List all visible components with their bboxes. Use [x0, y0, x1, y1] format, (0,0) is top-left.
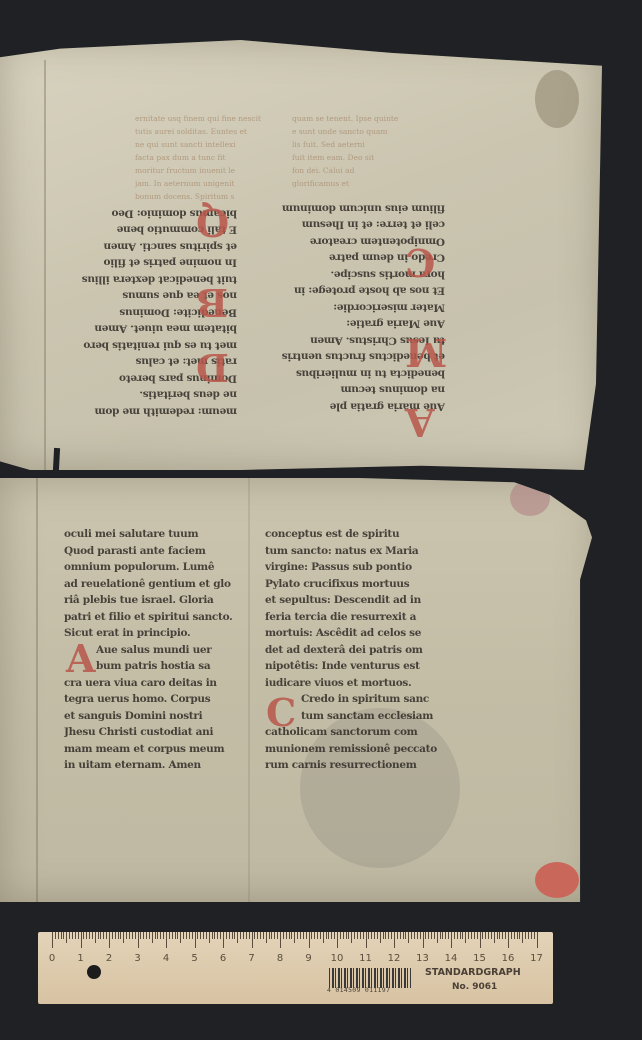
ruler-tick [115, 932, 116, 939]
ruler-tick [377, 932, 378, 939]
ruler-tick [394, 932, 395, 948]
ruler-tick [83, 932, 84, 939]
text-line: det ad dexterâ dei patris om [265, 642, 440, 659]
fold-line [44, 60, 46, 470]
ruler-tick [226, 932, 227, 939]
ruler-tick [360, 932, 361, 939]
ruler-tick [98, 932, 99, 939]
ruler-label: 6 [220, 953, 226, 964]
ruler-tick [514, 932, 515, 939]
ruler-tick [75, 932, 76, 939]
ruler-tick [223, 932, 224, 948]
ruler-tick [306, 932, 307, 939]
red-initial: C [266, 690, 296, 735]
ruler-tick [485, 932, 486, 939]
ruler-tick [400, 932, 401, 939]
ruler-tick [525, 932, 526, 939]
ruler-label: 5 [191, 953, 197, 964]
ruler-tick [374, 932, 375, 939]
ruler-tick [277, 932, 278, 939]
red-initial: C [405, 240, 435, 285]
ruler-tick [448, 932, 449, 939]
ruler-tick [357, 932, 358, 939]
ruler-tick [243, 932, 244, 939]
ruler-tick [217, 932, 218, 939]
ruler-tick [508, 932, 509, 948]
red-initial: D [196, 345, 229, 390]
ruler-tick [346, 932, 347, 939]
red-wax-seal-remnant [535, 862, 579, 898]
ruler-tick [454, 932, 455, 939]
ruler-tick [52, 932, 53, 948]
ruler-tick [411, 932, 412, 939]
show-through-text: quam se tenent. Ipse quintee sunt unde s… [292, 112, 432, 190]
ruler-tick [462, 932, 463, 939]
ruler-tick [257, 932, 258, 939]
ruler-tick [445, 932, 446, 939]
ruler-label: 11 [359, 953, 372, 964]
text-line: patri et filio et spiritui sancto. [64, 609, 239, 626]
red-initial: A [405, 400, 434, 445]
ruler-tick [66, 932, 67, 943]
ruler-tick [169, 932, 170, 939]
ruler-tick [246, 932, 247, 939]
ruler-tick [78, 932, 79, 939]
text-line: Mater misericordie: [270, 299, 445, 316]
ruler-label: 9 [305, 953, 311, 964]
ruler-tick [152, 932, 153, 943]
ruler-tick [72, 932, 73, 939]
ruler-tick [271, 932, 272, 939]
ruler-tick [286, 932, 287, 939]
ruler-label: 2 [106, 953, 112, 964]
ruler-tick [468, 932, 469, 939]
ruler-tick [229, 932, 230, 939]
show-through-text: ernitate usq finem qui fine nescittutis … [135, 112, 270, 203]
text-line: omnium populorum. Lumê [64, 559, 239, 576]
ruler-tick [391, 932, 392, 939]
ruler-tick [354, 932, 355, 939]
ruler-tick [263, 932, 264, 939]
ruler-tick [81, 932, 82, 948]
ruler-tick [317, 932, 318, 939]
ruler-tick [323, 932, 324, 943]
ruler-tick [220, 932, 221, 939]
fold-line [248, 478, 250, 902]
right-column-text: conceptus est de spiritu tum sancto: nat… [265, 526, 440, 774]
text-line: mortuis: Ascêdit ad celos se [265, 625, 440, 642]
ruler-tick [320, 932, 321, 939]
ruler-tick [451, 932, 452, 948]
text-line: iudicare viuos et mortuos. [265, 675, 440, 692]
ruler-tick [343, 932, 344, 939]
ruler-tick [249, 932, 250, 939]
red-initial: A [66, 636, 95, 681]
ruler-tick [212, 932, 213, 939]
ruler-tick [491, 932, 492, 939]
ruler-tick [425, 932, 426, 939]
ruler-tick [528, 932, 529, 939]
ruler-label: 17 [530, 953, 543, 964]
ruler-label: 0 [49, 953, 55, 964]
ruler-tick [494, 932, 495, 943]
ruler-tick [95, 932, 96, 943]
red-initial: M [405, 330, 447, 375]
ruler-tick [209, 932, 210, 943]
ruler-label: 13 [416, 953, 429, 964]
ruler-tick [183, 932, 184, 939]
ruler-tick [155, 932, 156, 939]
ruler-tick [197, 932, 198, 939]
bottom-fragment: oculi mei salutare tuum Quod parasti ant… [0, 478, 598, 902]
ruler-label: 7 [248, 953, 254, 964]
ruler-tick [103, 932, 104, 939]
ruler-tick [383, 932, 384, 939]
ruler-tick [482, 932, 483, 939]
ruler-tick [291, 932, 292, 939]
ruler-tick [240, 932, 241, 939]
ruler-tick [140, 932, 141, 939]
ruler-label: 14 [445, 953, 458, 964]
text-line: rum carnis resurrectionem [265, 757, 440, 774]
ruler-brand: STANDARDGRAPH [425, 967, 521, 978]
ruler-tick [363, 932, 364, 939]
ruler-tick [474, 932, 475, 939]
ruler-hole [87, 965, 101, 979]
stain [535, 70, 579, 128]
ruler-tick [488, 932, 489, 939]
red-initial: Q [196, 200, 229, 245]
ruler-tick [340, 932, 341, 939]
ruler-tick [232, 932, 233, 939]
ruler-tick [69, 932, 70, 939]
ruler-tick [266, 932, 267, 943]
barcode-number: 4 014509 011197 [327, 986, 390, 994]
ruler-tick [294, 932, 295, 943]
text-line: et sanguis Domini nostri [64, 708, 239, 725]
ruler-tick [63, 932, 64, 939]
ruler-tick [537, 932, 538, 948]
ruler-tick [135, 932, 136, 939]
ruler-tick [289, 932, 290, 939]
ruler-tick [480, 932, 481, 948]
text-line: mam meam et corpus meum [64, 741, 239, 758]
text-line: oculi mei salutare tuum [64, 526, 239, 543]
ruler-tick [368, 932, 369, 939]
ruler-tick [328, 932, 329, 939]
ruler-tick [100, 932, 101, 939]
ruler-tick [408, 932, 409, 943]
ruler-tick [331, 932, 332, 939]
text-line: et sepultus: Descendit ad in [265, 592, 440, 609]
ruler-tick [58, 932, 59, 939]
text-line: feria tercia die resurrexit a [265, 609, 440, 626]
ruler-tick [534, 932, 535, 939]
ruler-tick [157, 932, 158, 939]
ruler-tick [460, 932, 461, 939]
ruler-tick [522, 932, 523, 943]
top-fragment: ernitate usq finem qui fine nescittutis … [0, 40, 602, 470]
measuring-ruler: 01234567891011121314151617 4 014509 0111… [38, 932, 553, 1004]
text-line: Pylato crucifixus mortuus [265, 576, 440, 593]
text-line: conceptus est de spiritu [265, 526, 440, 543]
ruler-tick [465, 932, 466, 943]
ruler-tick [505, 932, 506, 939]
ruler-tick [274, 932, 275, 939]
ruler-tick [92, 932, 93, 939]
ruler-tick [420, 932, 421, 939]
ruler-tick [497, 932, 498, 939]
text-line: Jhesu Christi custodiat ani [64, 724, 239, 741]
ruler-scale: 01234567891011121314151617 [52, 932, 537, 954]
ruler-label: 12 [388, 953, 401, 964]
ruler-tick [112, 932, 113, 939]
text-line: tum sancto: natus ex Maria [265, 543, 440, 560]
ruler-tick [89, 932, 90, 939]
ruler-tick [371, 932, 372, 939]
ruler-tick [189, 932, 190, 939]
text-line: filium eius unicum dominum [270, 200, 445, 217]
ruler-tick [417, 932, 418, 939]
ruler-tick [160, 932, 161, 939]
ruler-tick [175, 932, 176, 939]
ruler-label: 16 [502, 953, 515, 964]
text-line: munionem remissionê peccato [265, 741, 440, 758]
ruler-label: 3 [134, 953, 140, 964]
ruler-tick [195, 932, 196, 948]
ruler-tick [440, 932, 441, 939]
text-line: ad reuelationê gentium et glo [64, 576, 239, 593]
ruler-tick [477, 932, 478, 939]
ruler-tick [206, 932, 207, 939]
ruler-tick [172, 932, 173, 939]
ruler-tick [517, 932, 518, 939]
text-line: tegra uerus homo. Corpus [64, 691, 239, 708]
text-line: riâ plebis tue israel. Gloria [64, 592, 239, 609]
ruler-tick [106, 932, 107, 939]
ruler-tick [129, 932, 130, 939]
ruler-label: 1 [77, 953, 83, 964]
ruler-tick [326, 932, 327, 939]
ruler-tick [118, 932, 119, 939]
ruler-tick [334, 932, 335, 939]
ruler-tick [166, 932, 167, 948]
fold-line [36, 478, 38, 902]
ruler-tick [423, 932, 424, 948]
text-line: in uitam eternam. Amen [64, 757, 239, 774]
ruler-tick [61, 932, 62, 939]
ruler-tick [351, 932, 352, 943]
ruler-tick [531, 932, 532, 939]
ruler-tick [180, 932, 181, 943]
ruler-tick [388, 932, 389, 939]
ruler-tick [109, 932, 110, 948]
text-line: virgine: Passus sub pontio [265, 559, 440, 576]
ruler-tick [499, 932, 500, 939]
ruler-tick [297, 932, 298, 939]
ruler-model: No. 9061 [452, 982, 497, 992]
ruler-tick [502, 932, 503, 939]
ruler-tick [260, 932, 261, 939]
text-line: meum: redemith me dom [62, 403, 237, 420]
ruler-tick [434, 932, 435, 939]
ruler-tick [146, 932, 147, 939]
ruler-tick [163, 932, 164, 939]
ruler-tick [428, 932, 429, 939]
ruler-tick [203, 932, 204, 939]
text-line: Quod parasti ante faciem [64, 543, 239, 560]
ruler-label: 15 [473, 953, 486, 964]
ruler-tick [177, 932, 178, 939]
ruler-tick [431, 932, 432, 939]
ruler-tick [86, 932, 87, 939]
ruler-tick [437, 932, 438, 943]
ruler-tick [186, 932, 187, 939]
ruler-tick [280, 932, 281, 948]
ruler-tick [471, 932, 472, 939]
ruler-tick [348, 932, 349, 939]
ruler-tick [303, 932, 304, 939]
ruler-label: 4 [163, 953, 169, 964]
ruler-tick [403, 932, 404, 939]
ruler-tick [123, 932, 124, 943]
ruler-tick [309, 932, 310, 948]
ruler-tick [311, 932, 312, 939]
text-line: celi et terre: et in Ihesum [270, 217, 445, 234]
text-line: In nomine patris et filio [62, 255, 237, 272]
ruler-tick [519, 932, 520, 939]
right-column-text: Aue maria gratia ple na dominus tecum be… [270, 200, 445, 415]
ruler-tick [385, 932, 386, 939]
ruler-label: 10 [331, 953, 344, 964]
text-line: na dominus tecum [270, 382, 445, 399]
ruler-tick [366, 932, 367, 948]
ruler-tick [237, 932, 238, 943]
ruler-tick [120, 932, 121, 939]
ruler-tick [55, 932, 56, 939]
ruler-tick [269, 932, 270, 939]
ruler-tick [192, 932, 193, 939]
ruler-tick [252, 932, 253, 948]
red-initial: B [196, 280, 228, 325]
ruler-tick [414, 932, 415, 939]
ruler-tick [337, 932, 338, 948]
ruler-tick [234, 932, 235, 939]
ruler-tick [405, 932, 406, 939]
ruler-tick [397, 932, 398, 939]
ruler-tick [143, 932, 144, 939]
ruler-tick [254, 932, 255, 939]
ruler-label: 8 [277, 953, 283, 964]
ruler-tick [511, 932, 512, 939]
ruler-tick [126, 932, 127, 939]
ruler-tick [132, 932, 133, 939]
ruler-tick [149, 932, 150, 939]
ruler-tick [214, 932, 215, 939]
text-line: nipotêtis: Inde venturus est [265, 658, 440, 675]
ruler-tick [442, 932, 443, 939]
barcode [329, 968, 411, 988]
ruler-tick [457, 932, 458, 939]
ruler-tick [380, 932, 381, 943]
ruler-tick [283, 932, 284, 939]
ruler-tick [314, 932, 315, 939]
ruler-tick [200, 932, 201, 939]
ruler-tick [300, 932, 301, 939]
ruler-tick [138, 932, 139, 948]
